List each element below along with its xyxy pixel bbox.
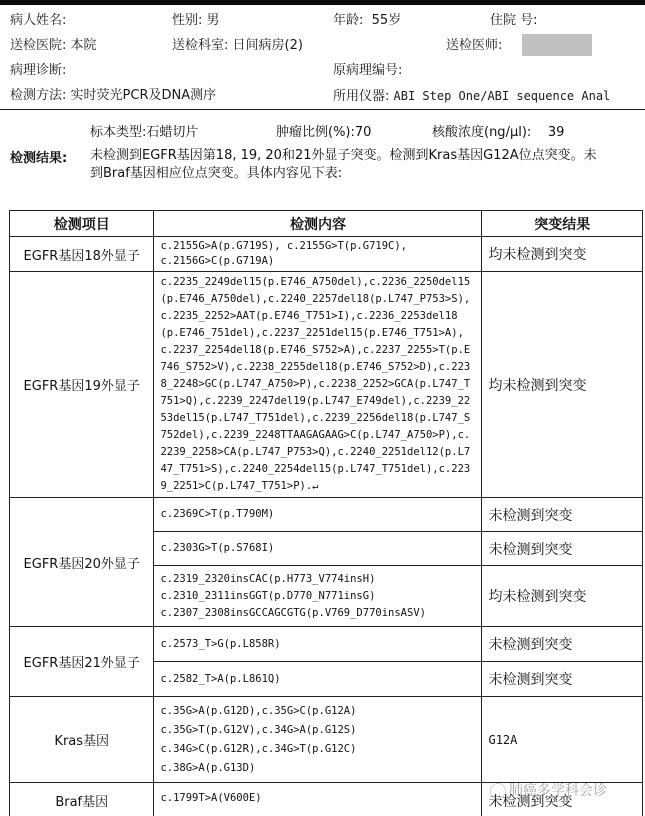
result-cell: 均未检测到突变 — [482, 566, 643, 627]
result-cell: 未检测到突变 — [482, 627, 643, 662]
table-header-row: 检测项目 检测内容 突变结果 — [10, 211, 643, 237]
result-cell: 均未检测到突变 — [482, 272, 643, 498]
content-line: c.2310_2311insGGT(p.D770_N771insG) — [160, 588, 475, 605]
age-label: 年龄: — [333, 13, 363, 28]
department-label: 送检科室: — [172, 38, 228, 53]
patient-name-label: 病人姓名: — [10, 13, 66, 28]
hospital-field: 送检医院: 本院 — [10, 38, 97, 54]
concentration-label: 核酸浓度(ng/μl): — [432, 125, 531, 140]
table-row-egfr20-a: EGFR基因20外显子 c.2369C>T(p.T790M) 未检测到突变 — [10, 498, 643, 532]
content-cell: c.2573_T>G(p.L858R) — [154, 627, 482, 662]
method-label: 检测方法: — [10, 88, 66, 103]
results-table: 检测项目 检测内容 突变结果 EGFR基因18外显子 c.2155G>A(p.G… — [9, 210, 643, 816]
table-row-egfr19: EGFR基因19外显子 c.2235_2249del15(p.E746_A750… — [10, 272, 643, 498]
item-cell: EGFR基因18外显子 — [10, 237, 154, 272]
item-cell: Braf基因 — [10, 783, 154, 816]
header-test-content: 检测内容 — [154, 211, 482, 237]
age-value: 55岁 — [372, 13, 402, 28]
item-cell: EGFR基因19外显子 — [10, 272, 154, 498]
content-cell: c.35G>A(p.G12D),c.35G>C(p.G12A) c.35G>T(… — [154, 697, 482, 783]
header-mutation-result: 突变结果 — [482, 211, 643, 237]
content-cell: c.2155G>A(p.G719S), c.2155G>T(p.G719C), … — [154, 237, 482, 272]
content-cell: c.2582_T>A(p.L861Q) — [154, 662, 482, 697]
content-cell: c.2303G>T(p.S768I) — [154, 532, 482, 566]
patient-name-field: 病人姓名: — [10, 13, 66, 29]
concentration-field: 核酸浓度(ng/μl): 39 — [432, 121, 564, 140]
table-row-egfr18: EGFR基因18外显子 c.2155G>A(p.G719S), c.2155G>… — [10, 237, 643, 272]
inpatient-no-field: 住院 号: — [490, 13, 538, 29]
content-line: c.35G>A(p.G12D),c.35G>C(p.G12A) — [160, 702, 475, 721]
tumor-ratio-label: 肿瘤比例(%): — [276, 125, 355, 140]
content-cell: c.2369C>T(p.T790M) — [154, 498, 482, 532]
header-test-item: 检测项目 — [10, 211, 154, 237]
item-cell: EGFR基因21外显子 — [10, 627, 154, 697]
doctor-name-redaction — [522, 34, 592, 56]
pathology-diagnosis-field: 病理诊断: — [10, 63, 66, 79]
original-pathology-no-label: 原病理编号: — [333, 63, 402, 78]
table-row-kras: Kras基因 c.35G>A(p.G12D),c.35G>C(p.G12A) c… — [10, 697, 643, 783]
top-border — [0, 0, 645, 5]
method-field: 检测方法: 实时荧光PCR及DNA测序 — [10, 88, 216, 104]
doctor-label: 送检医师: — [446, 38, 502, 53]
content-line: c.34G>C(p.G12R),c.34G>T(p.G12C) — [160, 740, 475, 759]
inpatient-no-label: 住院 号: — [490, 13, 538, 28]
pathology-diagnosis-label: 病理诊断: — [10, 63, 66, 78]
concentration-value: 39 — [548, 125, 565, 140]
content-cell: c.1799T>A(V600E) — [154, 783, 482, 816]
content-cell: c.2319_2320insCAC(p.H773_V774insH) c.231… — [154, 566, 482, 627]
sample-type-label: 标本类型: — [90, 125, 146, 140]
result-cell: G12A — [482, 697, 643, 783]
sample-type-value: 石蜡切片 — [146, 125, 198, 140]
method-value: 实时荧光PCR及DNA测序 — [71, 88, 217, 103]
result-summary-line-1: 未检测到EGFR基因第18, 19, 20和21外显子突变。检测到Kras基因G… — [90, 147, 645, 165]
item-cell: Kras基因 — [10, 697, 154, 783]
result-cell: 未检测到突变 — [482, 783, 643, 816]
original-pathology-no-field: 原病理编号: — [333, 63, 402, 79]
content-line: c.38G>A(p.G13D) — [160, 759, 475, 778]
sample-type-field: 标本类型:石蜡切片 — [90, 121, 198, 140]
content-line: c.35G>T(p.G12V),c.34G>A(p.G12S) — [160, 721, 475, 740]
doctor-field: 送检医师: — [446, 38, 502, 54]
result-cell: 未检测到突变 — [482, 662, 643, 697]
instrument-value: ABI Step One/ABI sequence Anal — [394, 89, 611, 103]
result-cell: 均未检测到突变 — [482, 237, 643, 272]
content-line: c.2155G>A(p.G719S), c.2155G>T(p.G719C), — [160, 239, 475, 254]
table-row-egfr21-a: EGFR基因21外显子 c.2573_T>G(p.L858R) 未检测到突变 — [10, 627, 643, 662]
content-line: c.2156G>C(p.G719A) — [160, 254, 475, 269]
hospital-label: 送检医院: — [10, 38, 66, 53]
gender-label: 性别: — [172, 13, 202, 28]
department-field: 送检科室: 日间病房(2) — [172, 38, 303, 54]
item-cell: EGFR基因20外显子 — [10, 498, 154, 627]
content-line: c.2307_2308insGCCAGCGTG(p.V769_D770insAS… — [160, 605, 475, 622]
table-row-braf: Braf基因 c.1799T>A(V600E) 未检测到突变 — [10, 783, 643, 816]
tumor-ratio-value: 70 — [355, 125, 372, 140]
gender-value: 男 — [207, 13, 220, 28]
result-cell: 未检测到突变 — [482, 532, 643, 566]
header-divider — [0, 109, 645, 110]
instrument-label: 所用仪器: — [333, 89, 389, 104]
gender-field: 性别: 男 — [172, 13, 220, 29]
tumor-ratio-field: 肿瘤比例(%):70 — [276, 121, 371, 140]
department-value: 日间病房(2) — [233, 38, 303, 53]
instrument-field: 所用仪器: ABI Step One/ABI sequence Anal — [333, 88, 610, 105]
result-cell: 未检测到突变 — [482, 498, 643, 532]
hospital-value: 本院 — [71, 38, 97, 53]
result-summary-line-2: 到Braf基因相应位点突变。具体内容见下表: — [90, 165, 645, 183]
result-summary-label: 检测结果: — [10, 147, 67, 166]
content-line: c.2319_2320insCAC(p.H773_V774insH) — [160, 571, 475, 588]
result-summary-text: 未检测到EGFR基因第18, 19, 20和21外显子突变。检测到Kras基因G… — [90, 147, 645, 183]
content-cell: c.2235_2249del15(p.E746_A750del),c.2236_… — [154, 272, 482, 498]
age-field: 年龄: 55岁 — [333, 13, 401, 29]
